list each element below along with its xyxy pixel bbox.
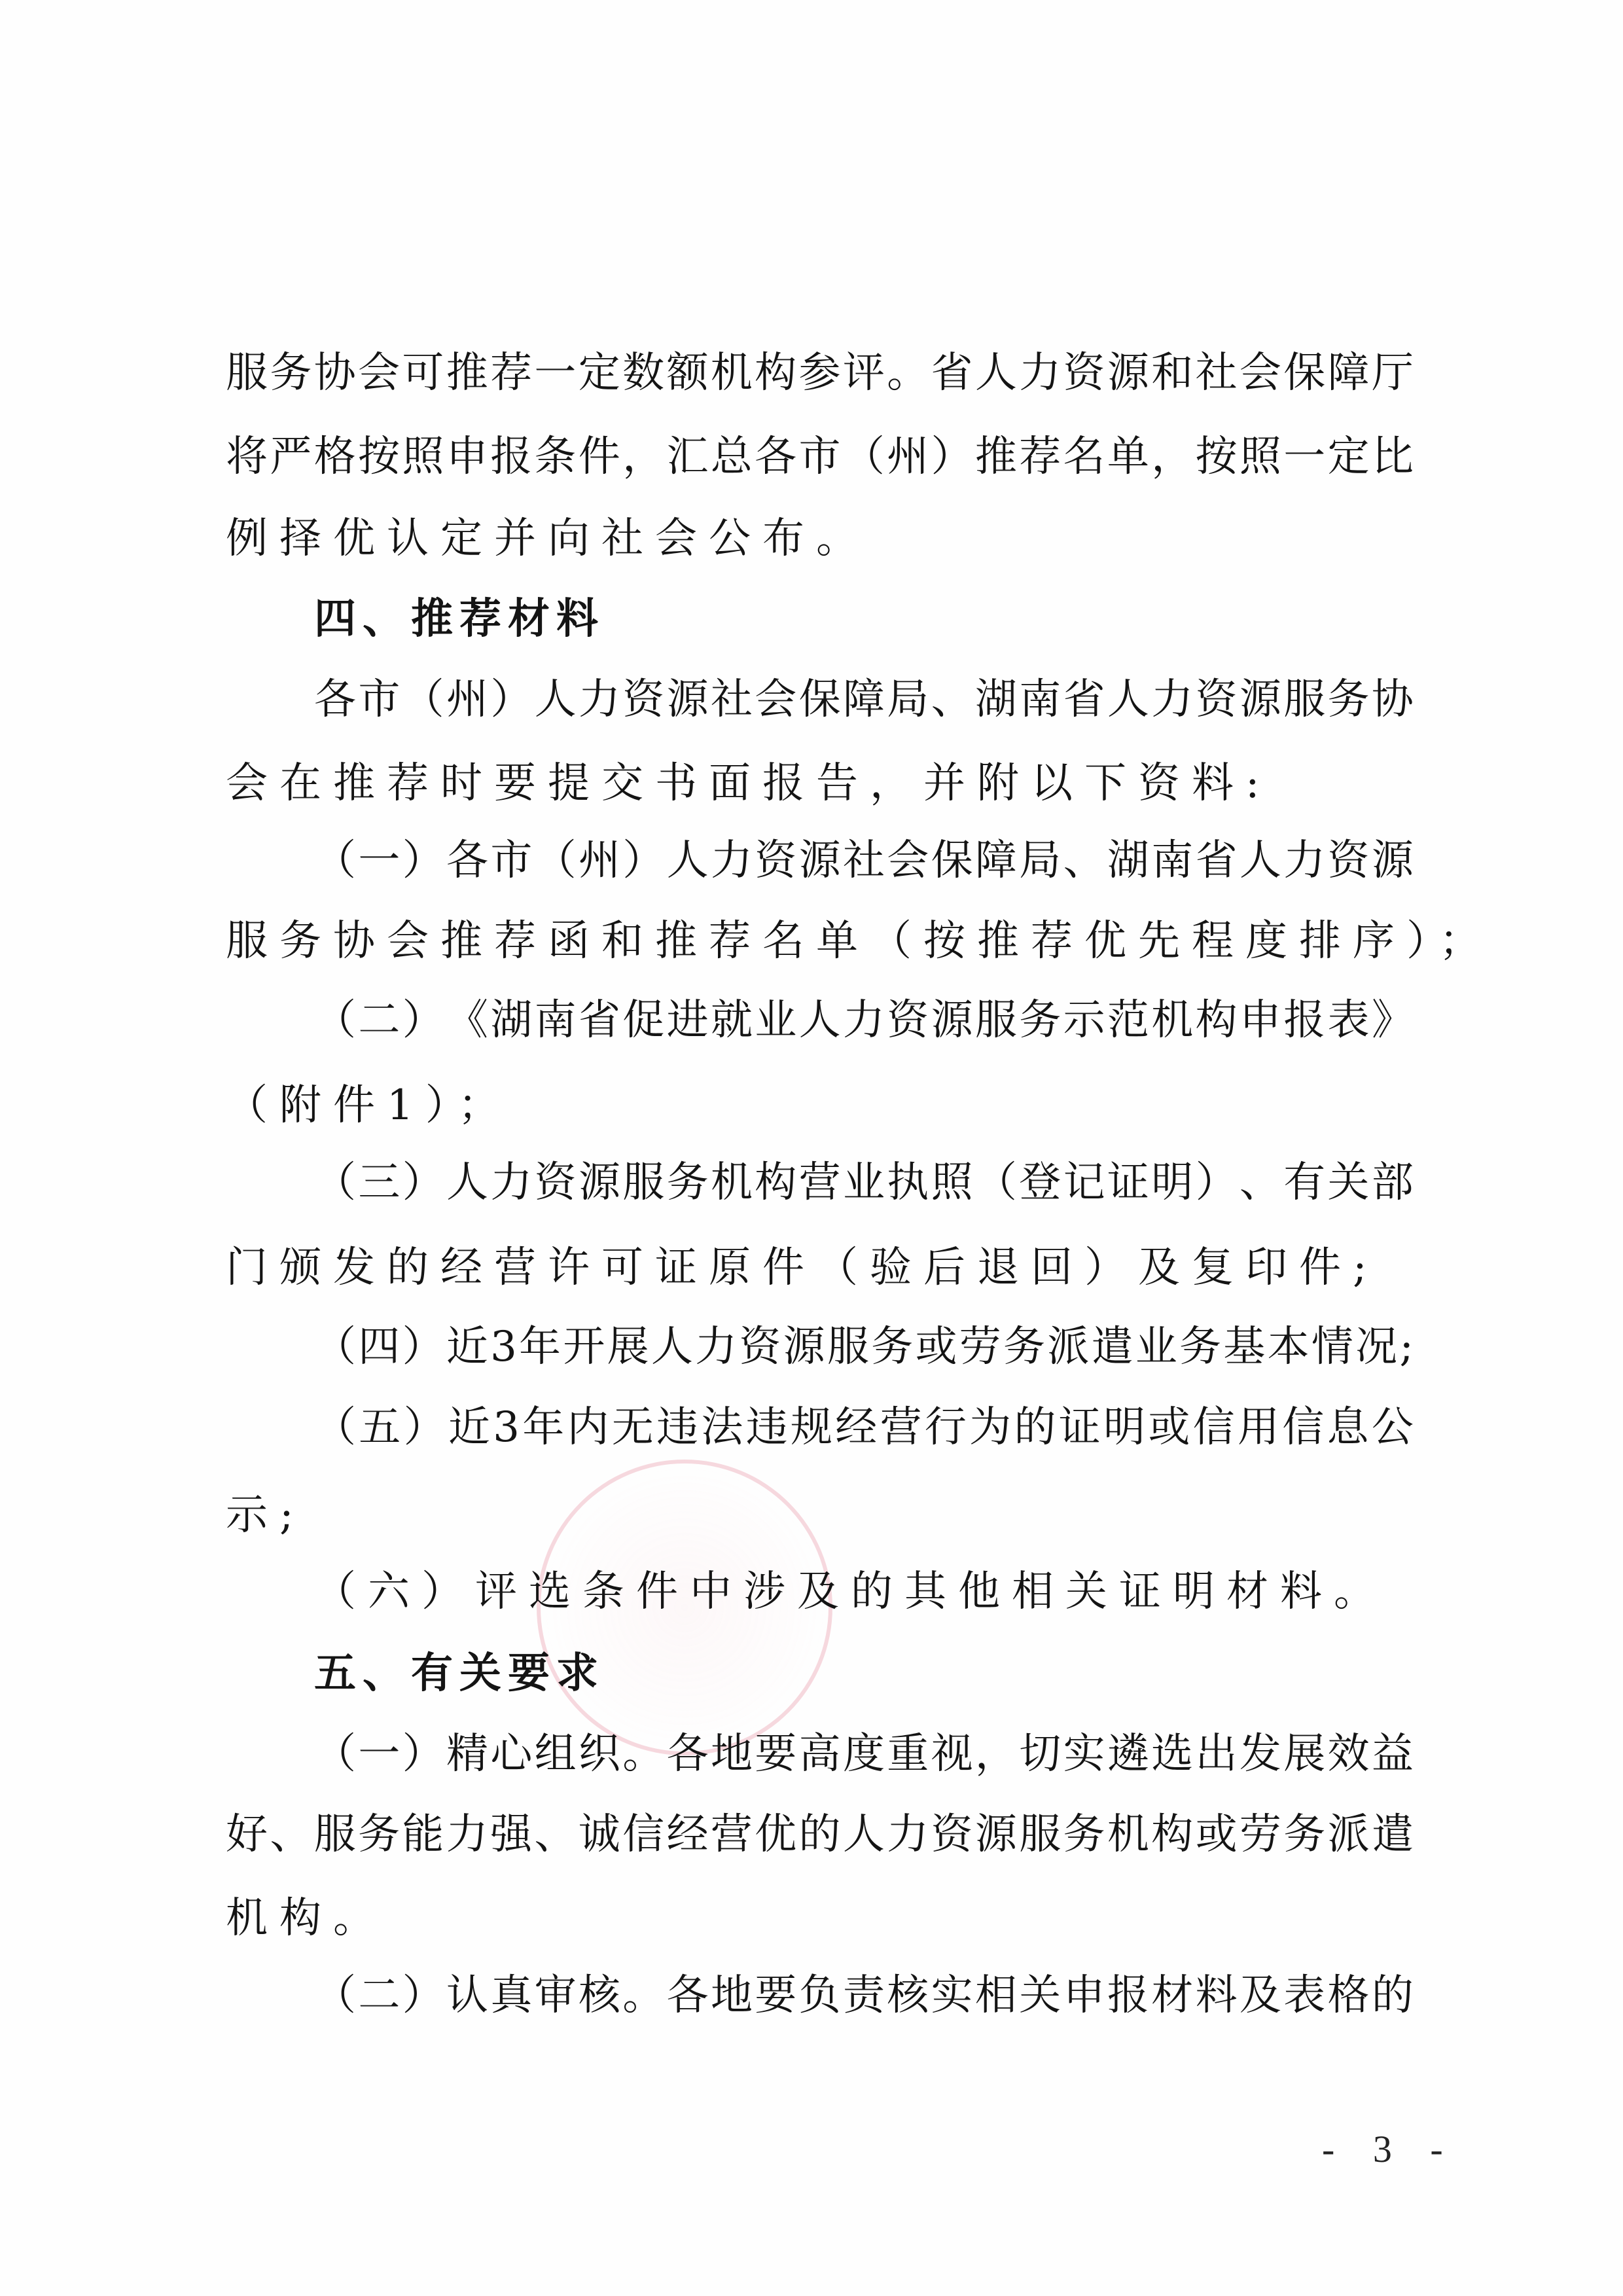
document-page: 服务协会可推荐一定数额机构参评。省人力资源和社会保障厅将严格按照申报条件，汇总各… [0,0,1623,2296]
text-line: （附件1）； [226,1076,512,1135]
text-line: （一）精心组织。各地要高度重视，切实遴选出发展效益 [314,1725,1414,1784]
section-heading: 五、有关要求 [314,1644,605,1703]
text-line: （四）近3年开展人力资源服务或劳务派遣业务基本情况; [314,1318,1414,1376]
text-line: 机构。 [226,1889,387,1948]
text-line: （五）近3年内无违法违规经营行为的证明或信用信息公 [314,1398,1414,1457]
section-heading: 四、推荐材料 [314,590,605,649]
text-line: 示; [226,1486,306,1545]
text-line: 会在推荐时要提交书面报告，并附以下资料: [226,754,1272,813]
text-line: （三）人力资源服务机构营业执照（登记证明）、有关部 [314,1153,1414,1212]
text-line: （一）各市（州）人力资源社会保障局、湖南省人力资源 [314,831,1414,890]
text-line: （二）认真审核。各地要负责核实相关申报材料及表格的 [314,1966,1414,2025]
text-line: 服务协会推荐函和推荐名单（按推荐优先程度排序）； [226,912,1493,971]
text-line: 好、服务能力强、诚信经营优的人力资源服务机构或劳务派遣 [226,1805,1414,1864]
text-line: 服务协会可推荐一定数额机构参评。省人力资源和社会保障厅 [226,344,1414,403]
text-line: 例择优认定并向社会公布。 [226,509,870,568]
text-line: 各市（州）人力资源社会保障局、湖南省人力资源服务协 [314,670,1414,729]
text-line: （二）《湖南省促进就业人力资源服务示范机构申报表》 [314,991,1414,1050]
page-number: - 3 - [1322,2127,1457,2171]
text-line: 将严格按照申报条件，汇总各市（州）推荐名单，按照一定比 [226,427,1414,486]
text-line: （六）评选条件中涉及的其他相关证明材料。 [314,1562,1387,1621]
text-line: 门颁发的经营许可证原件（验后退回）及复印件; [226,1238,1379,1297]
